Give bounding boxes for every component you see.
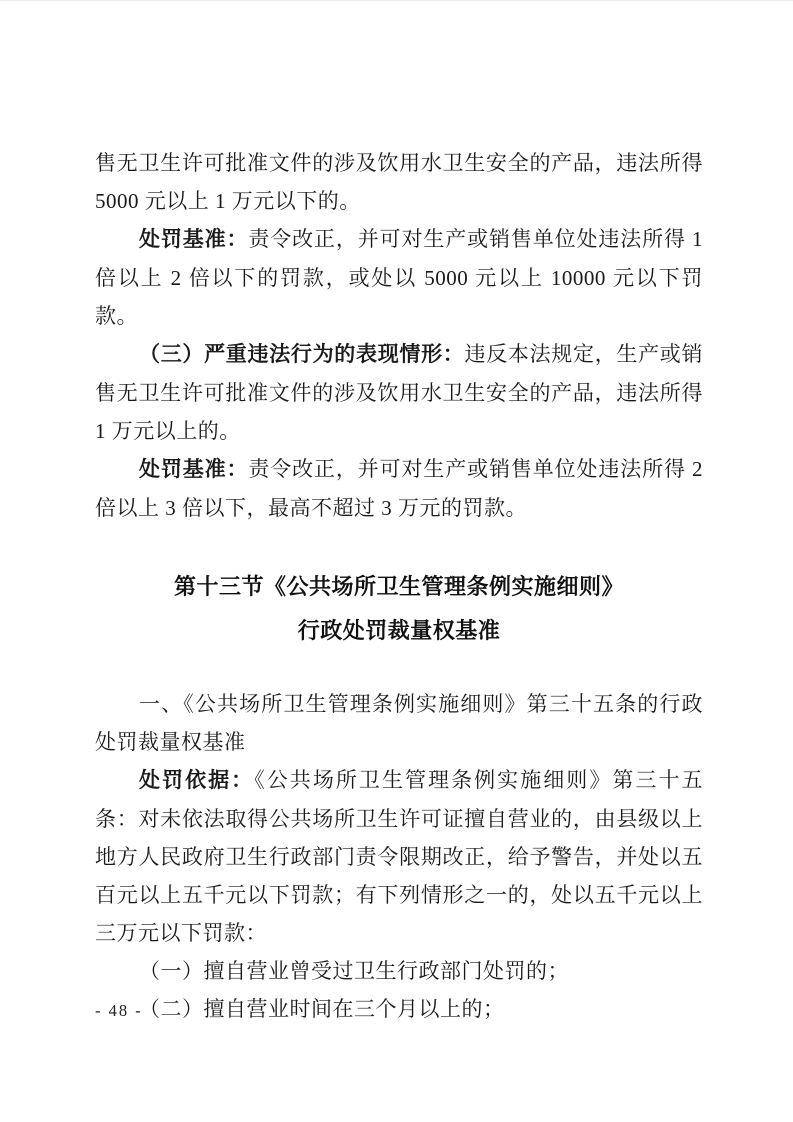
paragraph-article-35-intro: 一、《公共场所卫生管理条例实施细则》第三十五条的行政处罚裁量权基准 bbox=[95, 685, 703, 761]
paragraph-continuation: 售无卫生许可批准文件的涉及饮用水卫生安全的产品，违法所得 5000 元以上 1 … bbox=[95, 144, 703, 220]
document-body: 售无卫生许可批准文件的涉及饮用水卫生安全的产品，违法所得 5000 元以上 1 … bbox=[95, 144, 703, 1028]
section-heading: 第十三节《公共场所卫生管理条例实施细则》 行政处罚裁量权基准 bbox=[95, 565, 703, 653]
paragraph-text: 一、《公共场所卫生管理条例实施细则》第三十五条的行政处罚裁量权基准 bbox=[95, 692, 703, 754]
document-page: 售无卫生许可批准文件的涉及饮用水卫生安全的产品，违法所得 5000 元以上 1 … bbox=[0, 0, 793, 1122]
page-number: - 48 - bbox=[95, 1001, 143, 1021]
section-heading-line2: 行政处罚裁量权基准 bbox=[95, 609, 703, 653]
paragraph-text: 《公共场所卫生管理条例实施细则》第三十五条：对未依法取得公共场所卫生许可证擅自营… bbox=[95, 768, 703, 945]
paragraph-lead-penalty-standard: 处罚基准： bbox=[139, 458, 248, 481]
paragraph-lead-serious-violation: （三）严重违法行为的表现情形： bbox=[139, 343, 465, 366]
list-item-text: （二）擅自营业时间在三个月以上的； bbox=[139, 997, 505, 1021]
section-heading-line1: 第十三节《公共场所卫生管理条例实施细则》 bbox=[95, 565, 703, 609]
paragraph-penalty-basis: 处罚依据：《公共场所卫生管理条例实施细则》第三十五条：对未依法取得公共场所卫生许… bbox=[95, 761, 703, 952]
list-item-1: （一）擅自营业曾受过卫生行政部门处罚的； bbox=[95, 952, 703, 990]
paragraph-lead-penalty-basis: 处罚依据： bbox=[139, 769, 254, 792]
paragraph-text: 售无卫生许可批准文件的涉及饮用水卫生安全的产品，违法所得 5000 元以上 1 … bbox=[95, 151, 703, 213]
paragraph-serious-violation: （三）严重违法行为的表现情形：违反本法规定，生产或销售无卫生许可批准文件的涉及饮… bbox=[95, 335, 703, 450]
paragraph-lead-penalty-standard: 处罚基准： bbox=[139, 228, 248, 251]
list-item-text: （一）擅自营业曾受过卫生行政部门处罚的； bbox=[139, 959, 569, 983]
paragraph-penalty-standard-2: 处罚基准：责令改正，并可对生产或销售单位处违法所得 2 倍以上 3 倍以下，最高… bbox=[95, 450, 703, 527]
list-item-2: （二）擅自营业时间在三个月以上的； bbox=[95, 990, 703, 1028]
paragraph-penalty-standard-1: 处罚基准：责令改正，并可对生产或销售单位处违法所得 1 倍以上 2 倍以下的罚款… bbox=[95, 220, 703, 335]
